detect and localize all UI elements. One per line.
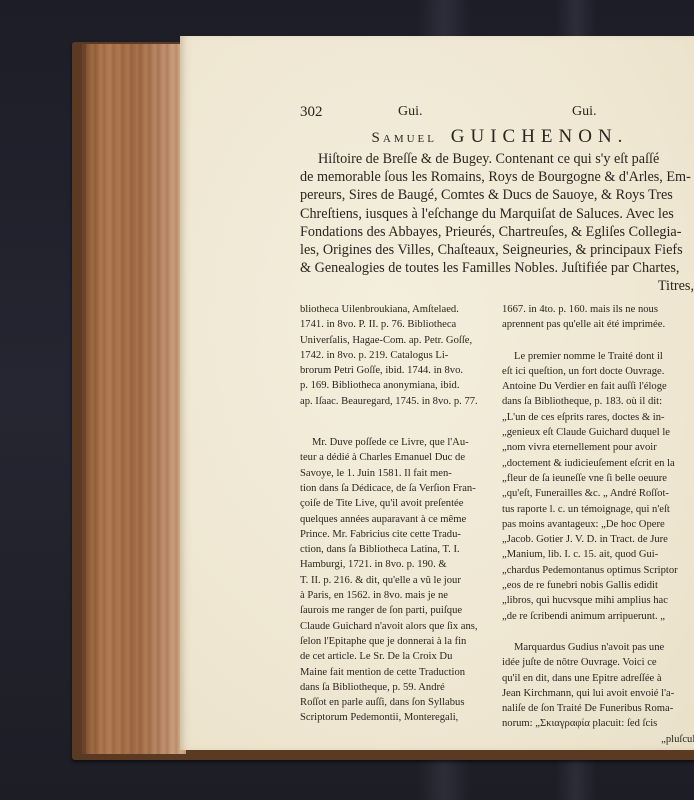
text-line: çoiſe de Tite Live, qu'il avoit preſenté… (300, 496, 490, 511)
text-line: tion dans ſa Dédicace, de ſa Verſion Fra… (300, 481, 490, 496)
running-head-left: Gui. (398, 104, 423, 120)
title-line: pereurs, Sires de Baugé, Comtes & Ducs d… (300, 186, 694, 204)
text-line: „de re ſcribendi animum arripuerunt. „ (502, 609, 694, 624)
text-line: eſt ici queſtion, un fort docte Ouvrage. (502, 364, 694, 379)
running-head: 302 Gui. Gui. (300, 100, 694, 122)
title-line: de memorable ſous les Romains, Roys de B… (300, 168, 694, 186)
page-content: 302 Gui. Gui. Samuel GUICHENON. Hiſtoire… (300, 100, 694, 296)
text-line: dans ſa Bibliotheque, p. 59. André (300, 680, 490, 695)
text-line: Scriptorum Pedemontii, Monteregali, (300, 710, 490, 725)
text-line: „doctement & iudicieuſement eſcrit en la (502, 456, 694, 471)
text-line: Marquardus Gudius n'avoit pas une (502, 640, 694, 655)
left-column: bliotheca Uilenbroukiana, Amſtelaed. 174… (300, 302, 490, 726)
text-line: ction, dans ſa Bibliotheca Latina, T. I. (300, 542, 490, 557)
text-line: 1667. in 4to. p. 160. mais ils ne nous (502, 302, 694, 317)
text-line: ap. Iſaac. Beauregard, 1745. in 8vo. p. … (300, 394, 490, 409)
text-line: tus raporte l. c. un témoignage, qui n'e… (502, 502, 694, 517)
text-line: Jean Kirchmann, qui lui avoit envoié l'a… (502, 686, 694, 701)
title-line: Fondations des Abbayes, Prieurés, Chartr… (300, 223, 694, 241)
text-line: „libros, qui hucvsque mihi amplius hac (502, 593, 694, 608)
text-line: naliſe de ſon Traité De Funeribus Roma- (502, 701, 694, 716)
text-line: p. 169. Bibliotheca anonymiana, ibid. (300, 378, 490, 393)
title-line: Chreſtiens, iusques à l'eſchange du Marq… (300, 205, 694, 223)
text-line: ſelon l'Epitaphe que je donnerai à la fi… (300, 634, 490, 649)
text-line: ſaurois me ranger de ſon parti, puiſque (300, 603, 490, 618)
text-line: „genieux eſt Claude Guichard duquel le (502, 425, 694, 440)
text-line: Le premier nomme le Traité dont il (502, 349, 694, 364)
text-line: T. II. p. 216. & dit, qu'elle a vû le jo… (300, 573, 490, 588)
catchword: „pluſcula (502, 732, 694, 747)
text-line: Claude Guichard n'avoit alors que ſix an… (300, 619, 490, 634)
text-line: aprennent pas qu'elle ait été imprimée. (502, 317, 694, 332)
text-line: qu'il en dit, dans une Epitre adreſſée à (502, 671, 694, 686)
text-line: bliotheca Uilenbroukiana, Amſtelaed. (300, 302, 490, 317)
text-line: „nom vivra eternellement pour avoir (502, 440, 694, 455)
title-line: & Genealogies de toutes les Familles Nob… (300, 259, 694, 277)
text-line: Prince. Mr. Fabricius cite cette Tradu- (300, 527, 490, 542)
text-line: brorum Petri Goſſe, ibid. 1744. in 8vo. (300, 363, 490, 378)
author-first-name: Samuel (372, 130, 437, 146)
text-line: teur a dédié à Charles Emanuel Duc de (300, 450, 490, 465)
text-line: norum: „Σκιαγραφία placuit: ſed ſcis (502, 716, 694, 731)
text-line: pas moins avantageux: „De hoc Opere (502, 517, 694, 532)
text-line: dans ſa Bibliotheque, p. 183. où il dit: (502, 394, 694, 409)
text-line: quelques années auparavant à ce même (300, 512, 490, 527)
text-line: „Jacob. Gotier J. V. D. in Tract. de Jur… (502, 532, 694, 547)
text-line: de cet article. Le Sr. De la Croix Du (300, 649, 490, 664)
text-line: Maine fait mention de cette Traduction (300, 665, 490, 680)
text-line: idée juſte de nôtre Ouvrage. Voici ce (502, 655, 694, 670)
text-line: 1741. in 8vo. P. II. p. 76. Bibliotheca (300, 317, 490, 332)
text-line: „Manium, lib. I. c. 15. ait, quod Gui- (502, 547, 694, 562)
book-page: 302 Gui. Gui. Samuel GUICHENON. Hiſtoire… (180, 36, 694, 750)
text-line: Univerſalis, Hagae-Com. ap. Petr. Goſſe, (300, 333, 490, 348)
text-line: „eos de re funebri nobis Gallis edidit (502, 578, 694, 593)
page-number: 302 (300, 104, 323, 121)
text-line: „fleur de ſa ieuneſſe vne ſi belle oeuur… (502, 471, 694, 486)
text-line: Hamburgi, 1721. in 8vo. p. 190. & (300, 557, 490, 572)
author-last-name: GUICHENON. (451, 126, 629, 147)
right-column: 1667. in 4to. p. 160. mais ils ne nous a… (502, 302, 694, 747)
title-line: Titres, (300, 277, 694, 295)
book-page-block-edge (82, 44, 186, 754)
title-line: les, Origines des Villes, Chaſteaux, Sei… (300, 241, 694, 259)
text-line: Mr. Duve poſſede ce Livre, que l'Au- (300, 435, 490, 450)
text-line: Savoye, le 1. Juin 1581. Il fait men- (300, 466, 490, 481)
text-line: „qu'eſt, Funerailles &c. „ André Roſſot- (502, 486, 694, 501)
text-line: Antoine Du Verdier en fait auſſi l'éloge (502, 379, 694, 394)
text-line: Roſſot en parle auſſi, dans ſon Syllabus (300, 695, 490, 710)
title-line: Hiſtoire de Breſſe & de Bugey. Contenant… (300, 150, 694, 168)
book-title-entry: Hiſtoire de Breſſe & de Bugey. Contenant… (300, 150, 694, 296)
text-line: „chardus Pedemontanus optimus Scriptor (502, 563, 694, 578)
text-line: à Paris, en 1562. in 8vo. mais je ne (300, 588, 490, 603)
author-heading: Samuel GUICHENON. (300, 126, 694, 148)
running-head-right: Gui. (572, 104, 597, 120)
text-line: „L'un de ces eſprits rares, doctes & in- (502, 410, 694, 425)
text-line: 1742. in 8vo. p. 219. Catalogus Li- (300, 348, 490, 363)
